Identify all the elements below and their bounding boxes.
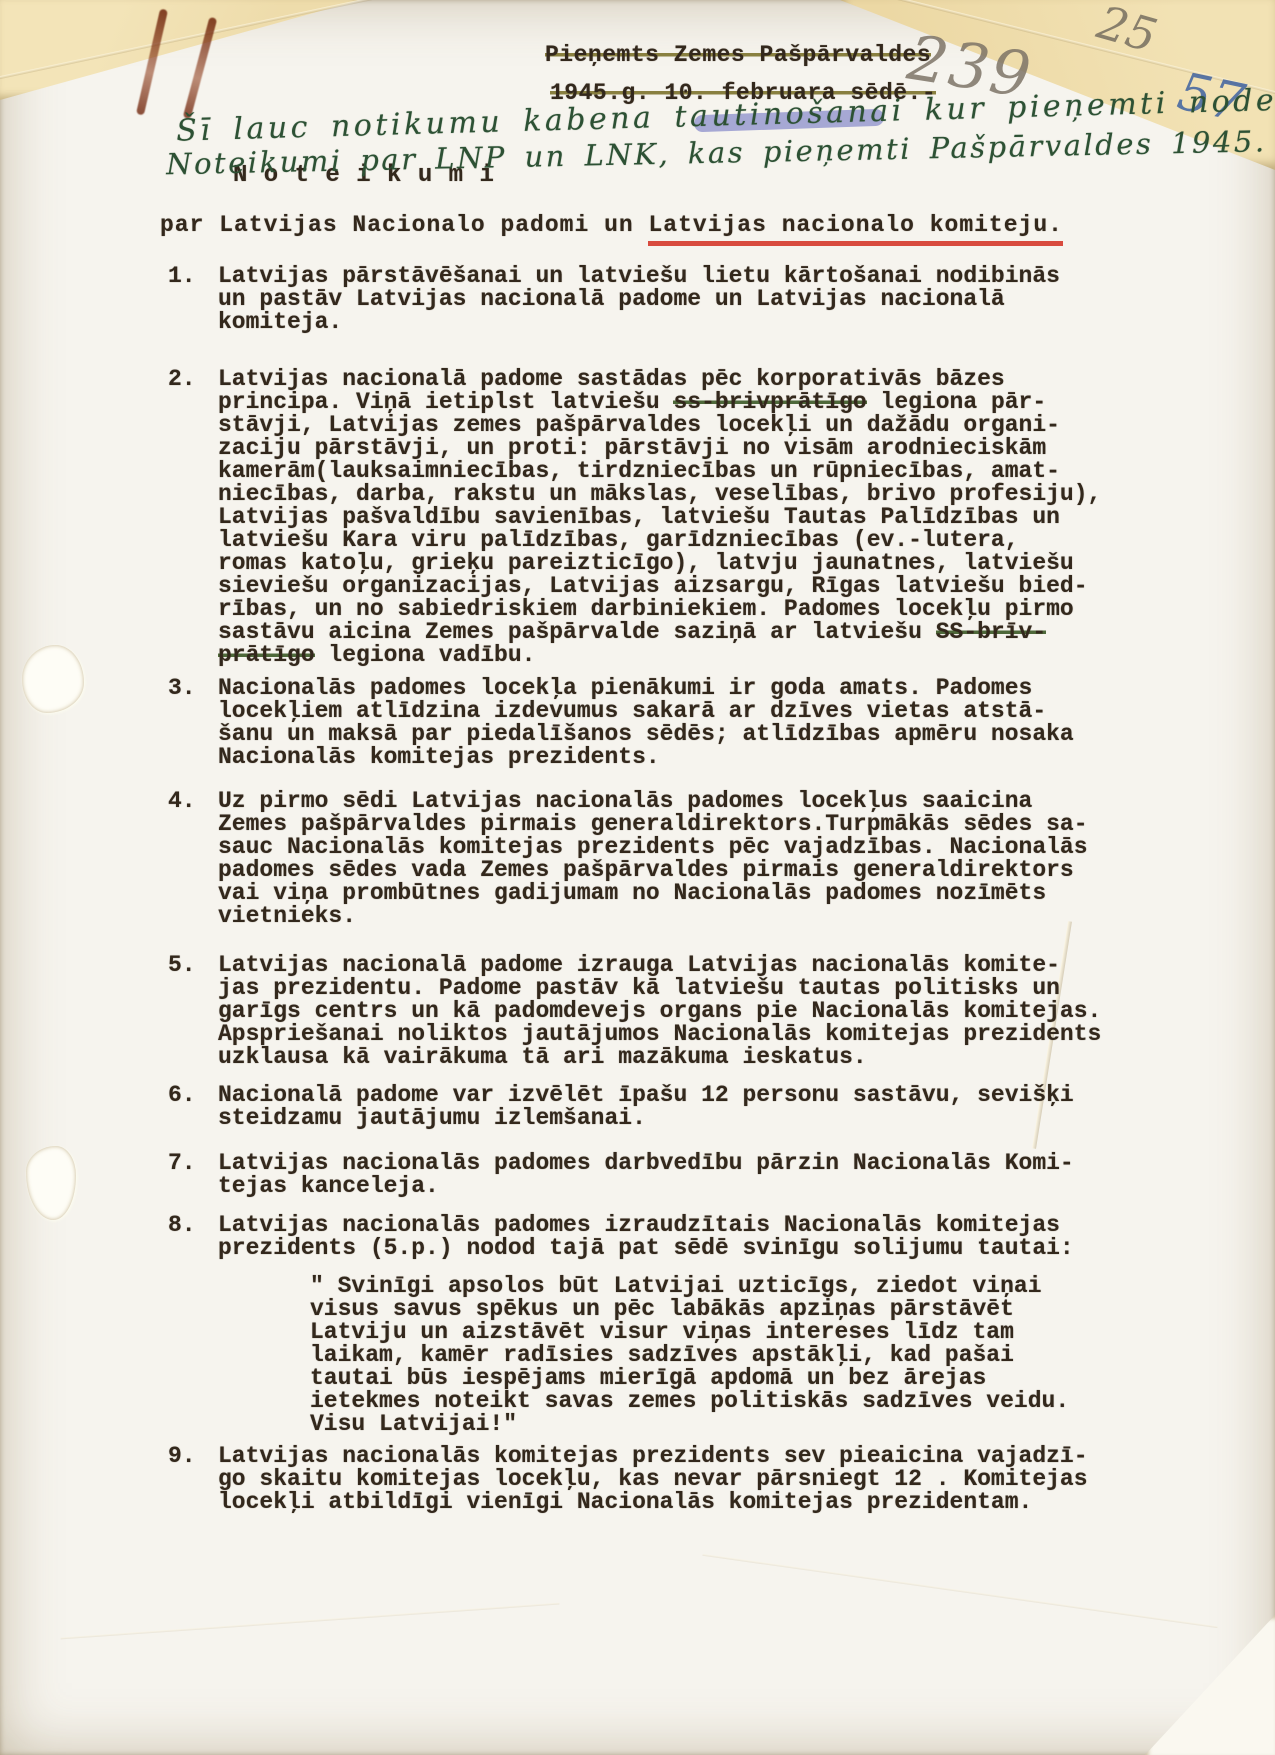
text-line: Latvijas pašvaldību savienības, latviešu… — [218, 506, 1101, 529]
subtitle-prefix: par Latvijas Nacionalo padomi un — [160, 212, 648, 238]
item-text: Latvijas nacionalā padome sastādas pēc k… — [218, 368, 1101, 667]
text-line: tautai būs iespējams mierīgā apdomā un b… — [310, 1367, 1069, 1390]
text-line: tejas kanceleja. — [218, 1175, 1074, 1198]
text-line: garīgs centrs un kā padomdevejs organs p… — [218, 1000, 1101, 1023]
text-line: sauc Nacionalās komitejas prezidents pēc… — [218, 836, 1088, 859]
text-line: sieviešu organizacijas, Latvijas aizsarg… — [218, 575, 1101, 598]
list-item: 2.Latvijas nacionalā padome sastādas pēc… — [168, 368, 1148, 667]
text-line: " Svinīgi apsolos būt Latvijai uzticīgs,… — [310, 1275, 1069, 1298]
text-line: komiteja. — [218, 311, 1060, 334]
item-text: Latvijas nacionalā padome izrauga Latvij… — [218, 954, 1101, 1069]
subtitle-red-underlined: Latvijas nacionalo komiteju. — [648, 212, 1062, 246]
header-struck-line-1: Pieņemts Zemes Pašpārvaldes — [545, 42, 931, 68]
scanned-document-page: Pieņemts Zemes Pašpārvaldes 1945.g. 10. … — [0, 0, 1275, 1755]
text-line: Latvijas nacionalā padome izrauga Latvij… — [218, 954, 1101, 977]
text-line: sastāvu aicina Zemes pašpārvalde saziņā … — [218, 621, 1101, 644]
item-number: 1. — [168, 265, 218, 334]
text-line: niecības, darba, rakstu un mākslas, vese… — [218, 483, 1101, 506]
list-item: 9.Latvijas nacionalās komitejas preziden… — [168, 1445, 1148, 1514]
item-text: Uz pirmo sēdi Latvijas nacionalās padome… — [218, 790, 1088, 928]
item-number — [168, 1275, 218, 1436]
text-line: principa. Viņā ietiplst latviešu ss-briv… — [218, 391, 1101, 414]
punch-hole-top — [22, 645, 84, 713]
list-item: 5.Latvijas nacionalā padome izrauga Latv… — [168, 954, 1148, 1069]
item-number: 8. — [168, 1214, 218, 1260]
text-line: visus savus spēkus un pēc labākās apziņa… — [310, 1298, 1069, 1321]
item-text: " Svinīgi apsolos būt Latvijai uzticīgs,… — [310, 1275, 1069, 1436]
text-line: prātīgo legiona vadību. — [218, 644, 1101, 667]
text-line: un pastāv Latvijas nacionalā padome un L… — [218, 288, 1060, 311]
text-line: kamerām(lauksaimniecības, tirdzniecības … — [218, 460, 1101, 483]
text-line: Uz pirmo sēdi Latvijas nacionalās padome… — [218, 790, 1088, 813]
list-item: 1.Latvijas pārstāvēšanai un latviešu lie… — [168, 265, 1148, 334]
text-line: Zemes pašpārvaldes pirmais generaldirekt… — [218, 813, 1088, 836]
text-line: go skaitu komitejas locekļu, kas nevar p… — [218, 1468, 1088, 1491]
item-text: Latvijas nacionalās komitejas prezidents… — [218, 1445, 1088, 1514]
text-line: Nacionalās komitejas prezidents. — [218, 746, 1074, 769]
text-line: rības, un no sabiedriskiem darbiniekiem.… — [218, 598, 1101, 621]
list-item: 4.Uz pirmo sēdi Latvijas nacionalās pado… — [168, 790, 1148, 928]
document-subtitle: par Latvijas Nacionalo padomi un Latvija… — [160, 212, 1063, 246]
document-body: 1.Latvijas pārstāvēšanai un latviešu lie… — [168, 265, 1148, 1514]
item-number: 3. — [168, 677, 218, 769]
item-text: Nacionalā padome var izvēlēt īpašu 12 pe… — [218, 1084, 1074, 1130]
item-number: 5. — [168, 954, 218, 1069]
text-line: vietnieks. — [218, 905, 1088, 928]
punch-hole-bottom — [26, 1146, 76, 1220]
text-line: Latvijas nacionalās padomes darbvedību p… — [218, 1152, 1074, 1175]
text-line: Latviju un aizstāvēt visur viņas interes… — [310, 1321, 1069, 1344]
text-line: šanu un maksā par piedalīšanos sēdēs; at… — [218, 723, 1074, 746]
text-line: prezidents (5.p.) nodod tajā pat sēdē sv… — [218, 1237, 1074, 1260]
text-line: steidzamu jautājumu izlemšanai. — [218, 1107, 1074, 1130]
list-item: 7.Latvijas nacionalās padomes darbvedību… — [168, 1152, 1148, 1198]
item-text: Nacionalās padomes locekļa pienākumi ir … — [218, 677, 1074, 769]
text-line: stāvji, Latvijas zemes pašpārvaldes loce… — [218, 414, 1101, 437]
text-line: zaciju pārstāvji, un proti: pārstāvji no… — [218, 437, 1101, 460]
text-line: Latvijas nacionalās padomes izraudzītais… — [218, 1214, 1074, 1237]
text-line: Nacionalās padomes locekļa pienākumi ir … — [218, 677, 1074, 700]
text-line: Latvijas nacionalā padome sastādas pēc k… — [218, 368, 1101, 391]
text-line: locekļi atbildīgi vienīgi Nacionalās kom… — [218, 1491, 1088, 1514]
item-text: Latvijas nacionalās padomes izraudzītais… — [218, 1214, 1074, 1260]
text-line: latviešu Kara viru palīdzības, garīdznie… — [218, 529, 1101, 552]
list-item: 8.Latvijas nacionalās padomes izraudzīta… — [168, 1214, 1148, 1260]
item-number: 6. — [168, 1084, 218, 1130]
oath-quote-block: " Svinīgi apsolos būt Latvijai uzticīgs,… — [168, 1275, 1148, 1436]
paper-crease — [702, 1554, 1217, 1628]
text-line: Nacionalā padome var izvēlēt īpašu 12 pe… — [218, 1084, 1074, 1107]
item-number: 2. — [168, 368, 218, 667]
text-line: Apspriešanai noliktos jautājumos Naciona… — [218, 1023, 1101, 1046]
item-number: 4. — [168, 790, 218, 928]
text-line: jas prezidentu. Padome pastāv kā latvieš… — [218, 977, 1101, 1000]
text-line: padomes sēdes vada Zemes pašpārvaldes pi… — [218, 859, 1088, 882]
list-item: 3.Nacionalās padomes locekļa pienākumi i… — [168, 677, 1148, 769]
struck-text: SS-brīv- — [936, 619, 1046, 645]
item-number: 9. — [168, 1445, 218, 1514]
text-line: Latvijas nacionalās komitejas prezidents… — [218, 1445, 1088, 1468]
text-line: Latvijas pārstāvēšanai un latviešu lietu… — [218, 265, 1060, 288]
text-line: uzklausa kā vairākuma tā ari mazākuma ie… — [218, 1046, 1101, 1069]
text-line: romas katoļu, grieķu pareizticīgo), latv… — [218, 552, 1101, 575]
text-line: laikam, kamēr radīsies sadzīves apstākļi… — [310, 1344, 1069, 1367]
paper-crease — [61, 1603, 560, 1640]
text-line: vai viņa prombūtnes gadijumam no Naciona… — [218, 882, 1088, 905]
item-text: Latvijas pārstāvēšanai un latviešu lietu… — [218, 265, 1060, 334]
text-line: Visu Latvijai!" — [310, 1413, 1069, 1436]
item-number: 7. — [168, 1152, 218, 1198]
text-line: locekļiem atlīdzina izdevumus sakarā ar … — [218, 700, 1074, 723]
paper-fold-top-left — [0, 0, 360, 100]
struck-text: prātīgo — [218, 642, 315, 668]
list-item: 6.Nacionalā padome var izvēlēt īpašu 12 … — [168, 1084, 1148, 1130]
item-text: Latvijas nacionalās padomes darbvedību p… — [218, 1152, 1074, 1198]
paper-cut-corner-bottom-right — [1145, 1615, 1275, 1755]
text-line: ietekmes noteikt savas zemes politiskās … — [310, 1390, 1069, 1413]
